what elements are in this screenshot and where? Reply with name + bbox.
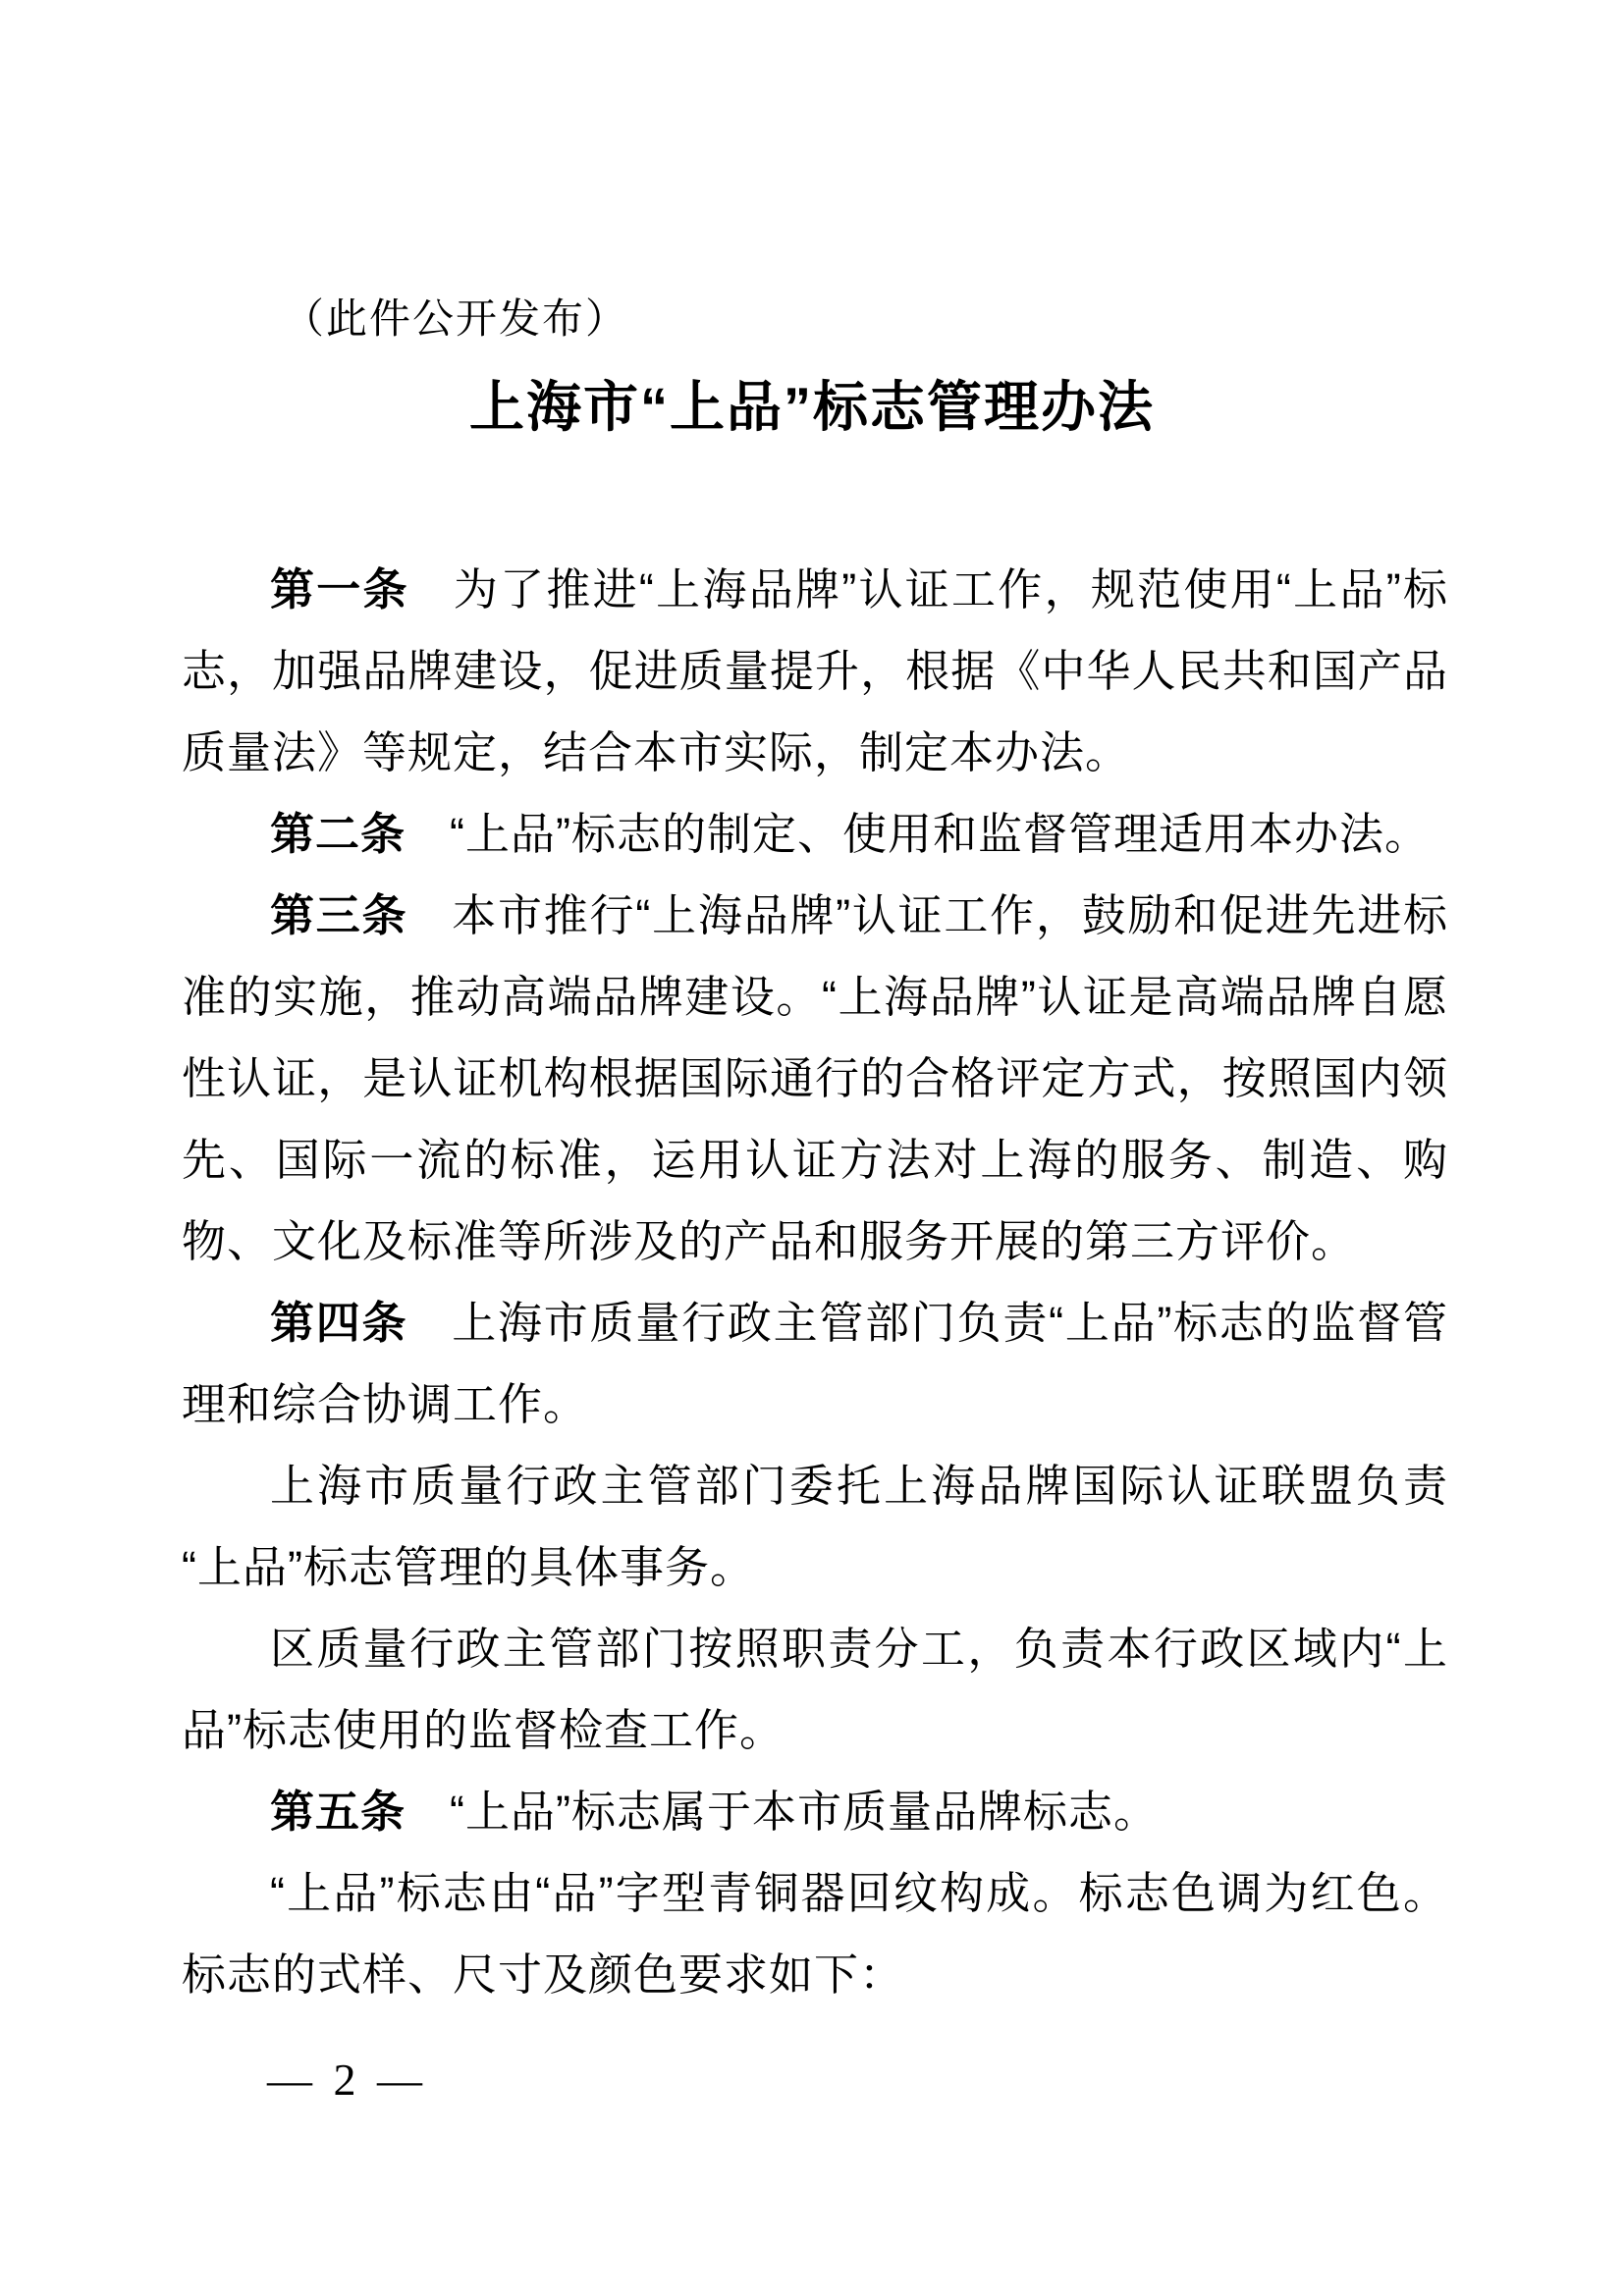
article-text: “上品”标志由“品”字型青铜器回纹构成。标志色调为红色。标志的式样、尺寸及颜色要… [182,1868,1448,2000]
article-text: “上品”标志的制定、使用和监督管理适用本办法。 [450,809,1430,859]
page-number: — 2 — [267,2057,422,2103]
document-title: 上海市“上品”标志管理办法 [0,376,1624,439]
article-label: 第三条 [270,890,407,940]
article-text: 区质量行政主管部门按照职责分工，负责本行政区域内“上品”标志使用的监督检查工作。 [182,1624,1448,1755]
article-paragraph-8: “上品”标志由“品”字型青铜器回纹构成。标志色调为红色。标志的式样、尺寸及颜色要… [182,1852,1448,2015]
article-paragraph-6: 区质量行政主管部门按照职责分工，负责本行政区域内“上品”标志使用的监督检查工作。 [182,1608,1448,1771]
article-text: 本市推行“上海品牌”认证工作，鼓励和促进先进标准的实施，推动高端品牌建设。“上海… [182,890,1448,1266]
publish-note: （此件公开发布） [283,294,1624,344]
article-paragraph-2: 第二条“上品”标志的制定、使用和监督管理适用本办法。 [182,793,1448,875]
document-body: 第一条为了推进“上海品牌”认证工作，规范使用“上品”标志，加强品牌建设，促进质量… [182,549,1448,2015]
article-label: 第一条 [270,564,409,614]
article-paragraph-3: 第三条本市推行“上海品牌”认证工作，鼓励和促进先进标准的实施，推动高端品牌建设。… [182,875,1448,1282]
article-paragraph-5: 上海市质量行政主管部门委托上海品牌国际认证联盟负责“上品”标志管理的具体事务。 [182,1445,1448,1608]
document-page: （此件公开发布） 上海市“上品”标志管理办法 第一条为了推进“上海品牌”认证工作… [0,0,1624,2296]
article-paragraph-1: 第一条为了推进“上海品牌”认证工作，规范使用“上品”标志，加强品牌建设，促进质量… [182,549,1448,793]
article-label: 第五条 [270,1787,406,1837]
article-text: 上海市质量行政主管部门委托上海品牌国际认证联盟负责“上品”标志管理的具体事务。 [182,1461,1448,1592]
article-text: “上品”标志属于本市质量品牌标志。 [450,1787,1159,1837]
article-label: 第四条 [270,1298,407,1348]
article-paragraph-4: 第四条上海市质量行政主管部门负责“上品”标志的监督管理和综合协调工作。 [182,1282,1448,1445]
article-label: 第二条 [270,809,406,859]
article-paragraph-7: 第五条“上品”标志属于本市质量品牌标志。 [182,1771,1448,1852]
